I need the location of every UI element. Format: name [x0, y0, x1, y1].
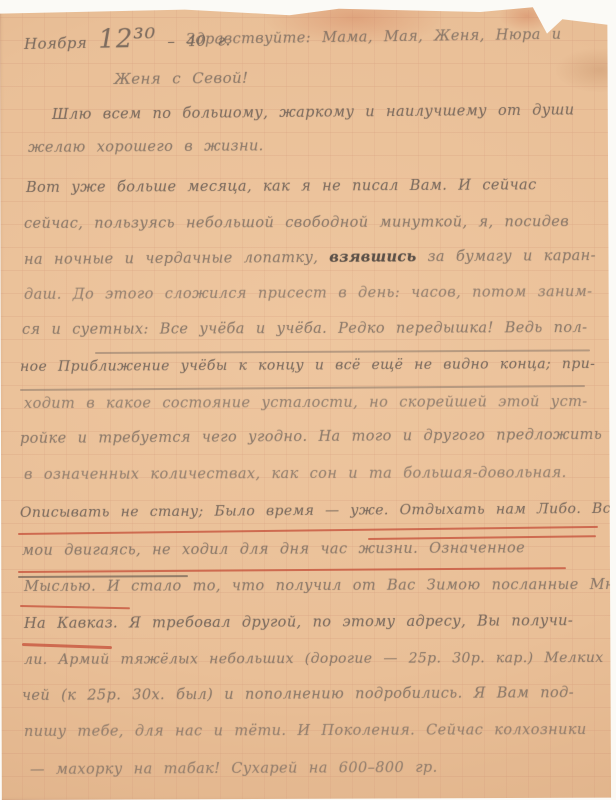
- letter-line: мои двигаясь, не ходил для дня час жизни…: [22, 540, 525, 559]
- letter-line: чей (к 25р. 30х. был) и пополнению подро…: [22, 685, 574, 704]
- letter-line: сейчас, пользуясь небольшой свободной ми…: [24, 214, 569, 232]
- letter-line: ся и суетных: Все учёба и учёба. Редко п…: [22, 320, 588, 338]
- letter-line: пишу тебе, для нас и тёти. И Поколения. …: [24, 722, 587, 740]
- letter-line: ходит в какое состояние усталости, но ск…: [24, 394, 588, 412]
- letter-line: Мыслью. И стало то, что получил от Вас З…: [24, 577, 616, 595]
- letter-line: На Кавказ. Я требовал другой, по этому а…: [24, 613, 573, 632]
- letter-line: — махорку на табак! Сухарей на 600–800 г…: [30, 760, 438, 778]
- letter-date-day: 12³⁰: [98, 24, 156, 55]
- letter-line: ное Приближение учёбы к концу и всё ещё …: [20, 356, 595, 375]
- letter-line-segment: за бумагу и каран-: [417, 248, 596, 265]
- letter-line: ли. Армий тяжёлых небольших (дорогие — 2…: [24, 650, 604, 668]
- letter-date-month: Ноября: [24, 34, 87, 53]
- letter-salutation-second-line: Женя с Севой!: [114, 69, 249, 88]
- letter-line-segment: на ночные и чердачные лопатку,: [24, 250, 329, 268]
- letter-line: желаю хорошего в жизни.: [28, 138, 264, 156]
- letter-paper-sheet: Ноября 12³⁰ – 40 г. Здравствуйте: Мама, …: [0, 0, 616, 800]
- letter-line: в означенных количествах, как сон и та б…: [24, 465, 567, 483]
- letter-line: Вот уже больше месяца, как я не писал Ва…: [26, 177, 537, 196]
- scanned-letter-page: { "document": { "kind": "handwritten let…: [0, 0, 616, 800]
- letter-line: даш. До этого сложился присест в день: ч…: [24, 284, 593, 303]
- letter-line-emphasized-word: взявшись: [329, 248, 416, 266]
